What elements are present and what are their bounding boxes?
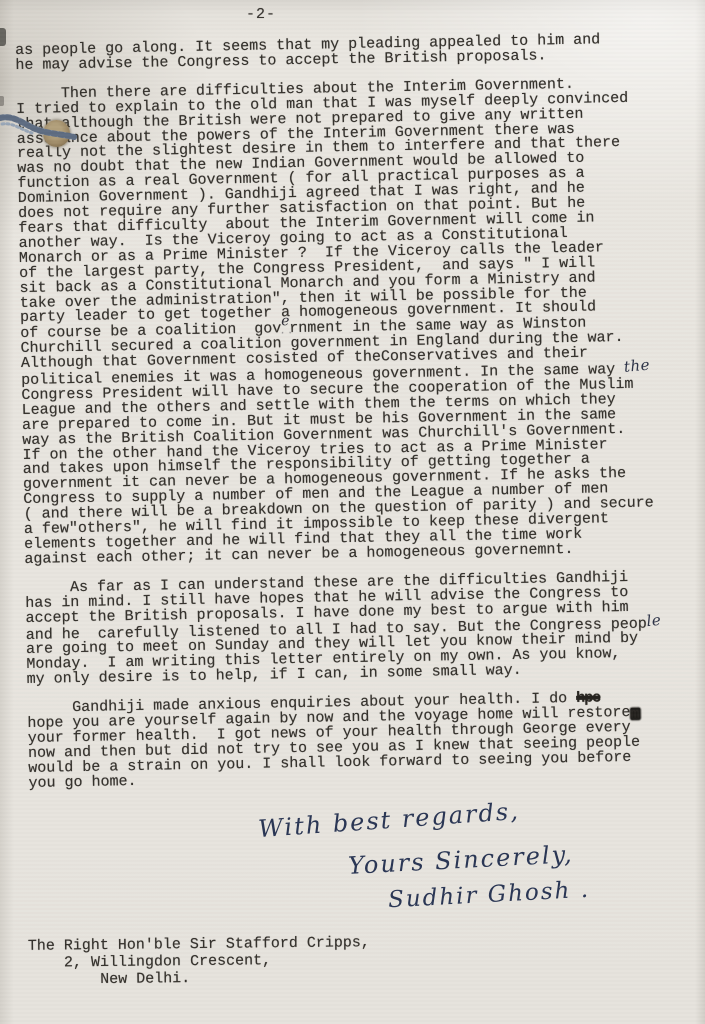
scan-edge-mark-small: [0, 96, 4, 106]
typed-text: Congress President will have to secure t…: [21, 361, 654, 568]
paragraph-1: as people go along. It seems that my ple…: [15, 32, 677, 74]
letter-body: as people go along. It seems that my ple…: [15, 32, 691, 806]
handwritten-correction: the: [623, 358, 650, 375]
inserted-letter: e: [281, 314, 289, 329]
letter-page: -2- as people go along. It seems that my…: [0, 0, 705, 1024]
typed-text: Then there are difficulties about the In…: [16, 76, 629, 343]
typed-text: as people go along. It seems that my ple…: [15, 31, 600, 74]
paragraph-2: Then there are difficulties about the In…: [16, 76, 687, 568]
struck-out-word: hpe: [576, 690, 600, 707]
paragraph-3: As far as I can understand these are the…: [25, 570, 689, 688]
scan-edge-mark: [0, 28, 6, 46]
handwritten-correction: le: [646, 612, 662, 628]
paragraph-4: Gandhiji made anxious enquiries about yo…: [27, 690, 691, 792]
ink-blot: m: [630, 708, 640, 720]
binding-hole: [43, 120, 70, 147]
signature-sincerely: Yours Sincerely,: [347, 840, 574, 880]
page-number: -2-: [246, 6, 276, 23]
signature-regards: With best regards,: [257, 797, 520, 843]
signature-name: Sudhir Ghosh .: [387, 877, 590, 914]
recipient-address: The Right Hon'ble Sir Stafford Cripps, 2…: [28, 934, 371, 989]
